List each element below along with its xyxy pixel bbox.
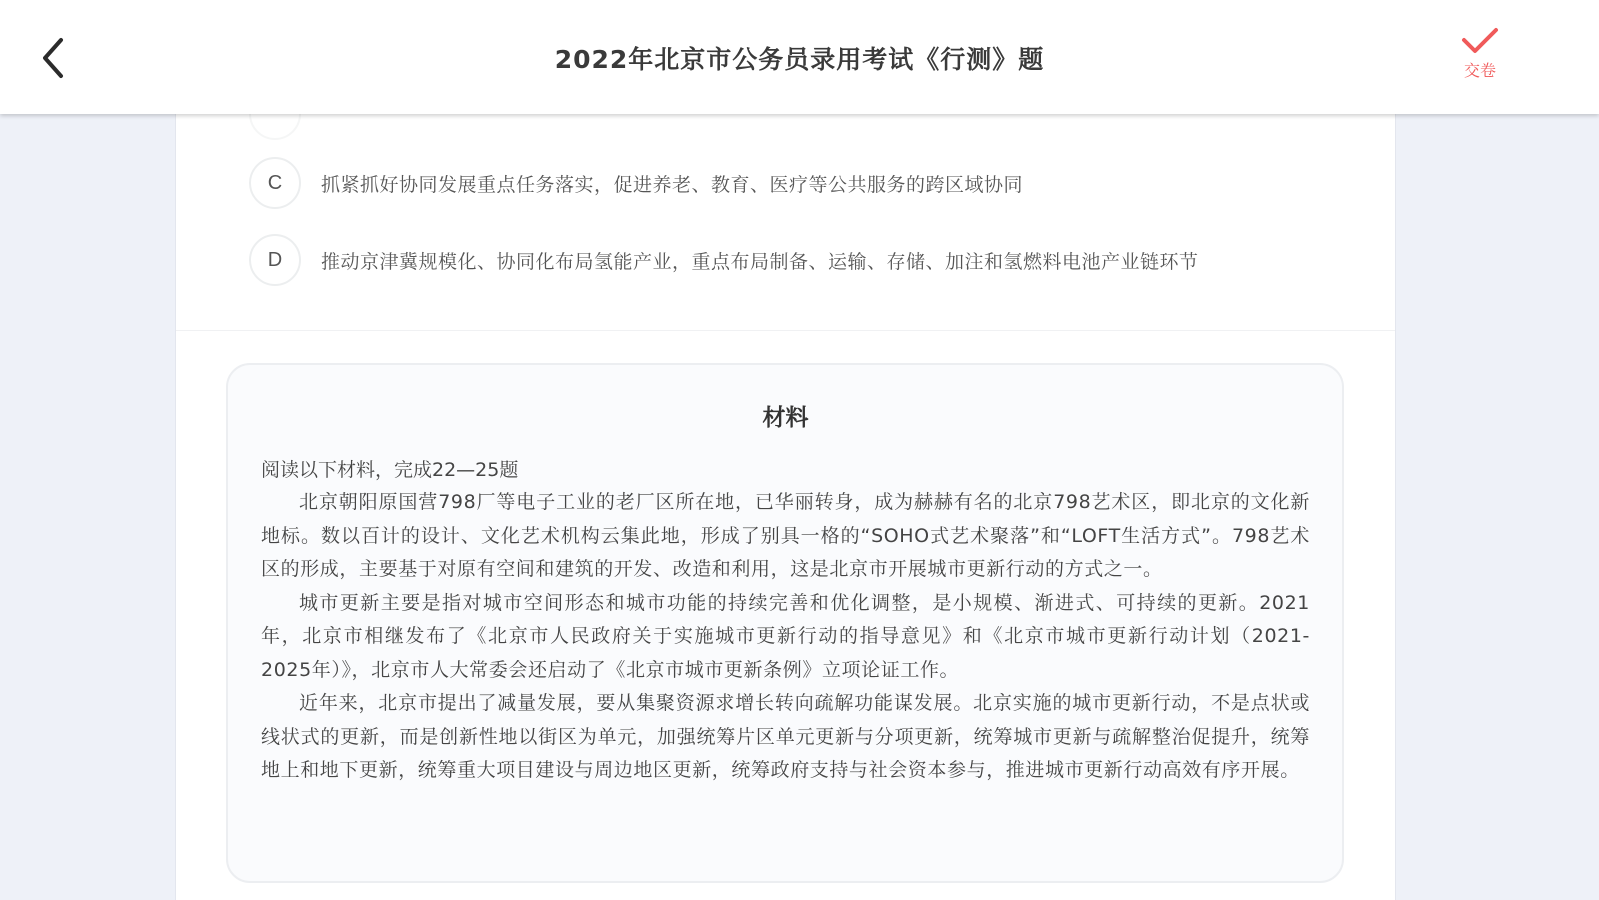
chevron-left-icon xyxy=(37,36,67,80)
top-bar: 2022年北京市公务员录用考试《行测》题 交卷 xyxy=(0,0,1599,114)
material-card: 材料 阅读以下材料，完成22—25题 北京朝阳原国营798厂等电子工业的老厂区所… xyxy=(226,363,1344,883)
back-button[interactable] xyxy=(30,34,74,82)
material-title: 材料 xyxy=(261,399,1310,432)
option-text: 推动京津冀规模化、协同化布局氢能产业，重点布局制备、运输、存储、加注和氢燃料电池… xyxy=(321,247,1199,274)
check-icon xyxy=(1460,26,1500,56)
option-letter-badge: D xyxy=(249,234,301,286)
option-text: 抓紧抓好协同发展重点任务落实，促进养老、教育、医疗等公共服务的跨区域协同 xyxy=(321,170,1023,197)
option-d[interactable]: D 推动京津冀规模化、协同化布局氢能产业，重点布局制备、运输、存储、加注和氢燃料… xyxy=(249,234,1199,286)
material-paragraph: 北京朝阳原国营798厂等电子工业的老厂区所在地，已华丽转身，成为赫赫有名的北京7… xyxy=(261,486,1310,587)
content-column: C 抓紧抓好协同发展重点任务落实，促进养老、教育、医疗等公共服务的跨区域协同 D… xyxy=(175,0,1396,900)
option-c[interactable]: C 抓紧抓好协同发展重点任务落实，促进养老、教育、医疗等公共服务的跨区域协同 xyxy=(249,157,1023,209)
submit-exam-button[interactable]: 交卷 xyxy=(1448,26,1512,96)
section-divider xyxy=(176,330,1395,331)
page-title: 2022年北京市公务员录用考试《行测》题 xyxy=(0,40,1599,76)
material-intro: 阅读以下材料，完成22—25题 xyxy=(261,454,1310,486)
submit-label: 交卷 xyxy=(1464,58,1496,81)
material-paragraph: 城市更新主要是指对城市空间形态和城市功能的持续完善和优化调整，是小规模、渐进式、… xyxy=(261,587,1310,688)
material-paragraph: 近年来，北京市提出了减量发展，要从集聚资源求增长转向疏解功能谋发展。北京实施的城… xyxy=(261,687,1310,788)
option-letter-badge: C xyxy=(249,157,301,209)
